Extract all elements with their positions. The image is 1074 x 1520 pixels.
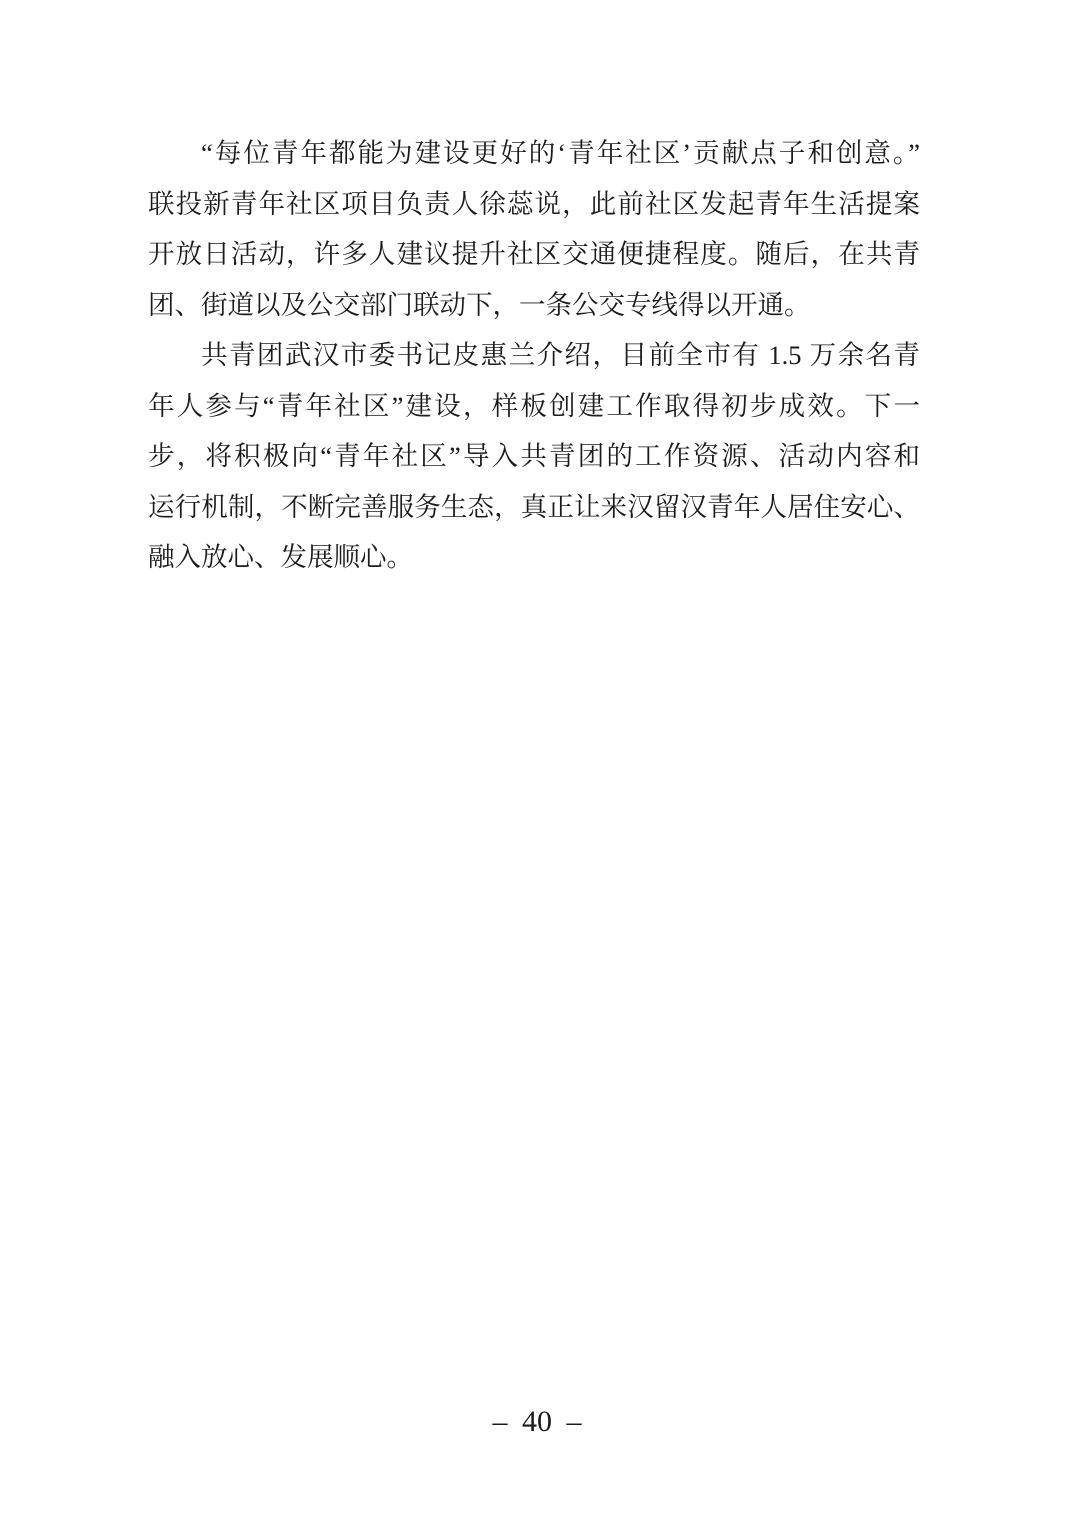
- text-line: 融入放心、发展顺心。: [148, 532, 920, 583]
- text-line: 共青团武汉市委书记皮惠兰介绍，目前全市有 1.5 万余名青: [148, 330, 920, 381]
- text-line: 联投新青年社区项目负责人徐蕊说，此前社区发起青年生活提案: [148, 179, 920, 230]
- text-line: 运行机制，不断完善服务生态，真正让来汉留汉青年人居住安心、: [148, 482, 920, 533]
- document-page: “每位青年都能为建设更好的‘青年社区’贡献点子和创意。” 联投新青年社区项目负责…: [0, 0, 1074, 1520]
- page-number: – 40 –: [0, 1404, 1074, 1440]
- paragraph: 共青团武汉市委书记皮惠兰介绍，目前全市有 1.5 万余名青 年人参与“青年社区”…: [148, 330, 920, 583]
- paragraph: “每位青年都能为建设更好的‘青年社区’贡献点子和创意。” 联投新青年社区项目负责…: [148, 128, 920, 330]
- text-line: 团、街道以及公交部门联动下，一条公交专线得以开通。: [148, 280, 920, 331]
- text-line: 步，将积极向“青年社区”导入共青团的工作资源、活动内容和: [148, 431, 920, 482]
- text-line: 年人参与“青年社区”建设，样板创建工作取得初步成效。下一: [148, 381, 920, 432]
- text-line: 开放日活动，许多人建议提升社区交通便捷程度。随后，在共青: [148, 229, 920, 280]
- text-line: “每位青年都能为建设更好的‘青年社区’贡献点子和创意。”: [148, 128, 920, 179]
- document-body: “每位青年都能为建设更好的‘青年社区’贡献点子和创意。” 联投新青年社区项目负责…: [148, 128, 920, 583]
